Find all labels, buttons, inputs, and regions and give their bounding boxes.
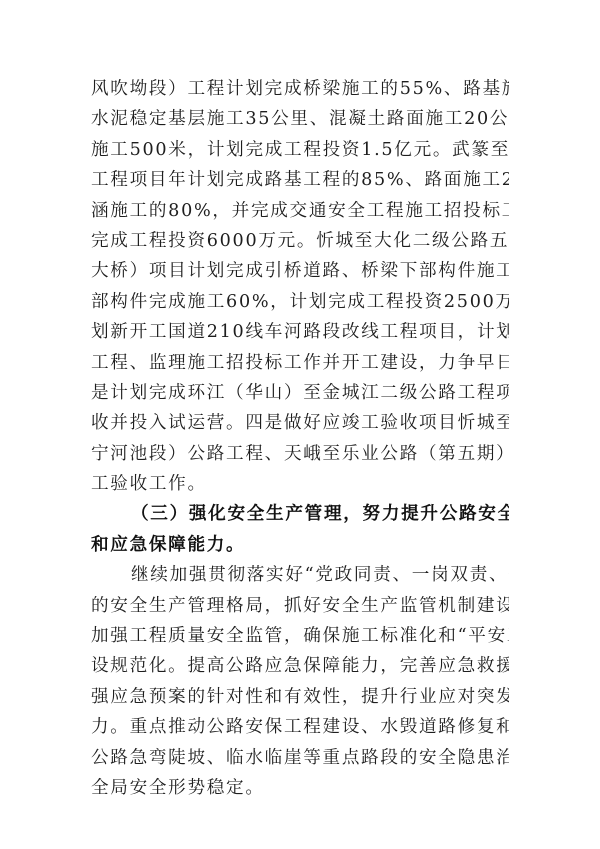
text-line: 是计划完成环江（华山）至金城江二级公路工程项目交工验 <box>91 378 509 408</box>
text-line: 收并投入试运营。四是做好应竣工验收项目忻城至大化（南 <box>91 408 509 438</box>
text-line: 风吹坳段）工程计划完成桥梁施工的55%、路基施工的70%、 <box>91 74 509 104</box>
text-line: 设规范化。提高公路应急保障能力，完善应急救援体系，增 <box>91 651 509 681</box>
text-line: 部构件完成施工60%，计划完成工程投资2500万元。二是计 <box>91 287 509 317</box>
text-line: 继续加强贯彻落实好“党政同责、一岗双责、齐抓共管” <box>91 560 509 590</box>
text-line: 强应急预案的针对性和有效性，提升行业应对突发事件的能 <box>91 682 509 712</box>
text-line: 工验收工作。 <box>91 469 509 499</box>
text-line: 的安全生产管理格局，抓好安全生产监管机制建设和落实， <box>91 591 509 621</box>
text-line: 水泥稳定基层施工35公里、混凝土路面施工20公里、隧道 <box>91 104 509 134</box>
text-line: 公路急弯陡坡、临水临崖等重点路段的安全隐患治理，促进 <box>91 743 509 773</box>
text-line: 加强工程质量安全监管，确保施工标准化和“平安工地”建 <box>91 621 509 651</box>
text-line: 宁河池段）公路工程、天峨至乐业公路（第五期）工程的竣 <box>91 439 509 469</box>
text-line: 划新开工国道210线车河路段改线工程项目，计划完成土建 <box>91 317 509 347</box>
document-body: 风吹坳段）工程计划完成桥梁施工的55%、路基施工的70%、 水泥稳定基层施工35… <box>91 74 509 803</box>
text-line: 涵施工的80%，并完成交通安全工程施工招投标工作，计划 <box>91 196 509 226</box>
text-line: 施工500米，计划完成工程投资1.5亿元。武篆至泗孟公路 <box>91 135 509 165</box>
paragraph-safety-management: 继续加强贯彻落实好“党政同责、一岗双责、齐抓共管” 的安全生产管理格局，抓好安全… <box>91 560 509 803</box>
text-line: 力。重点推动公路安保工程建设、水毁道路修复和危桥改造， <box>91 712 509 742</box>
paragraph-project-plans: 风吹坳段）工程计划完成桥梁施工的55%、路基施工的70%、 水泥稳定基层施工35… <box>91 74 509 499</box>
heading-line: （三）强化安全生产管理，努力提升公路安全质量水平 <box>91 499 509 529</box>
heading-line: 和应急保障能力。 <box>91 530 509 560</box>
text-line: 全局安全形势稳定。 <box>91 773 509 803</box>
text-line: 工程、监理施工招投标工作并开工建设，力争早日完工。三 <box>91 348 509 378</box>
text-line: 工程项目年计划完成路基工程的85%、路面施工20公里、桥 <box>91 165 509 195</box>
text-line: 完成工程投资6000万元。忻城至大化二级公路五期（八甫 <box>91 226 509 256</box>
text-line: 大桥）项目计划完成引桥道路、桥梁下部构件施工，桥梁上 <box>91 256 509 286</box>
document-page: 风吹坳段）工程计划完成桥梁施工的55%、路基施工的70%、 水泥稳定基层施工35… <box>0 0 600 849</box>
section-heading: （三）强化安全生产管理，努力提升公路安全质量水平 和应急保障能力。 <box>91 499 509 560</box>
